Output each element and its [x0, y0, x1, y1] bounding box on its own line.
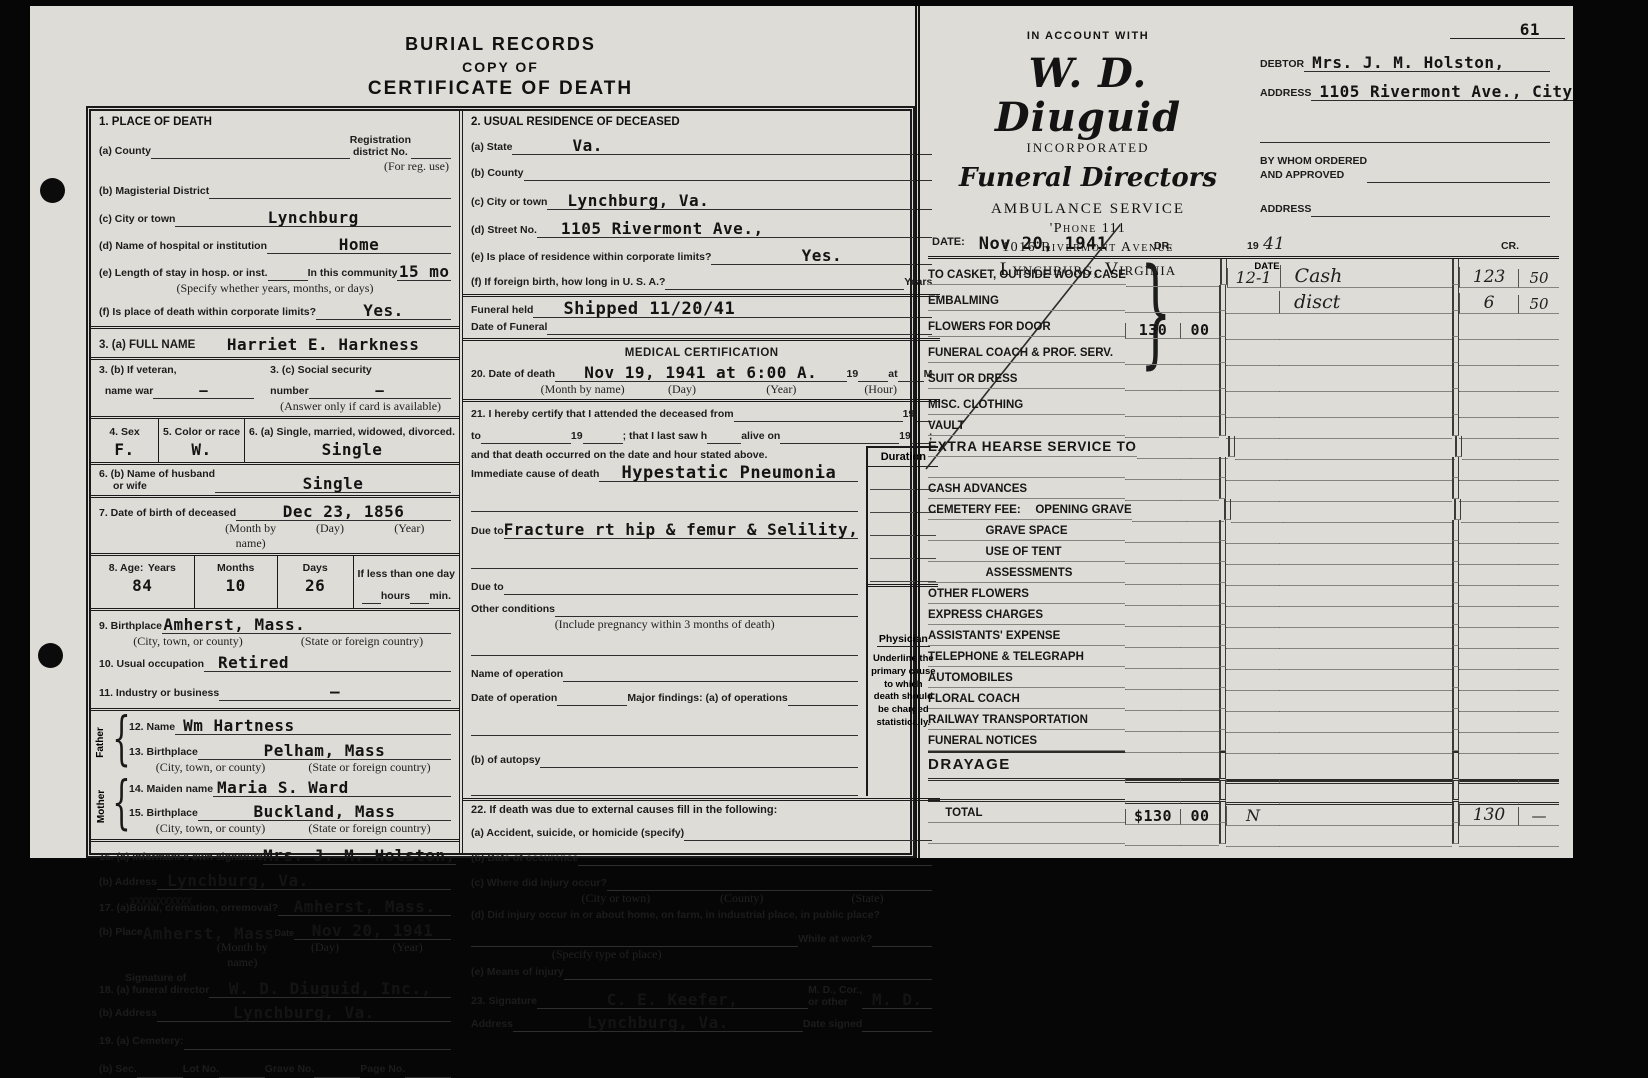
ledger-date-label: DATE:	[932, 236, 965, 251]
min-label: min.	[429, 590, 451, 604]
occupation-label: 10. Usual occupation	[99, 658, 204, 672]
father-side-label: Father{	[91, 713, 121, 775]
color-race-label: 5. Color or race	[163, 426, 240, 439]
ledger-date-cell	[1226, 846, 1279, 847]
ledger-item-label: ASSESSMENTS	[928, 562, 1125, 583]
corporate-limits-label: (f) Is place of death within corporate l…	[99, 306, 316, 320]
res-state-value: Va.	[572, 136, 602, 155]
res-city-label: (c) City or town	[471, 196, 547, 210]
certificate-left-column: 1. PLACE OF DEATH (a) County Registratio…	[91, 111, 463, 853]
due-to-1-label: Due to	[471, 525, 504, 539]
ledger-row: FLORAL COACH	[928, 688, 1559, 709]
informant-value: Mrs. J. M. Holston,	[263, 846, 456, 865]
corporate-limits-value: Yes.	[363, 301, 404, 320]
age-months-label: Months	[217, 562, 254, 575]
father-birthplace-label: 13. Birthplace	[129, 746, 198, 760]
ledger-item-label: SUIT OR DRESS	[928, 363, 1125, 389]
ledger-item-label: TOTAL	[928, 802, 1125, 823]
accident-label: (a) Accident, suicide, or homicide (spec…	[471, 827, 684, 841]
immediate-cause-value: Hypestatic Pneumonia	[622, 463, 837, 483]
ssn-number-label: number	[270, 385, 309, 399]
ledger-item-label	[928, 823, 1125, 844]
cr-column-label: CR.	[1501, 240, 1519, 253]
ledger-row: DRAYAGE	[928, 751, 1559, 781]
foreign-birth-label: (f) If foreign birth, how long in U. S. …	[471, 276, 665, 290]
dod-at: at	[888, 368, 897, 382]
sex-label: 4. Sex	[109, 426, 139, 439]
certify-lastsaw: ; that I last saw h	[623, 430, 708, 444]
funeral-held-label: Funeral held	[471, 304, 533, 318]
section1-title: 1. PLACE OF DEATH	[99, 116, 451, 128]
birthplace-label: 9. Birthplace	[99, 620, 162, 634]
ledger-item-label	[928, 781, 1125, 802]
ledger-row	[928, 781, 1559, 802]
mother-cap1: (City, town, or county)	[131, 821, 290, 836]
page-number: 61	[1520, 20, 1540, 39]
ledger-row: FLOWERS FOR DOOR 130 00	[928, 311, 1559, 337]
res-corporate-value: Yes.	[802, 246, 843, 265]
informant-label: 16. (a) Informant's own signature	[99, 851, 263, 865]
color-race-value: W.	[191, 440, 211, 459]
date-of-death-label: 20. Date of death	[471, 368, 555, 382]
debtor-value: Mrs. J. M. Holston,	[1312, 53, 1505, 72]
mother-maiden-label: 14. Maiden name	[129, 783, 213, 797]
incorporated: INCORPORATED	[938, 140, 1238, 156]
ledger-dr-cents	[1180, 845, 1219, 846]
ledger-item-label: RAILWAY TRANSPORTATION	[928, 709, 1125, 730]
ledger-item-label: USE OF TENT	[928, 541, 1125, 562]
ledger-item-label	[928, 457, 1125, 478]
husband-wife-value: Single	[303, 474, 364, 493]
certify-aliveon: alive on	[741, 430, 780, 444]
age-years-label: Years	[148, 562, 176, 575]
ledger-item-label: CASH ADVANCES	[928, 478, 1125, 499]
ledger-item-label: EXTRA HEARSE SERVICE TO	[928, 436, 1137, 457]
debtor-address-label: ADDRESS	[1260, 87, 1311, 101]
ledger-row: GRAVE SPACE	[928, 520, 1559, 541]
death-occurred-line: and that death occurred on the date and …	[471, 449, 767, 463]
funeral-held-value: Shipped 11/20/41	[563, 299, 735, 319]
city-town-value: Lynchburg	[268, 208, 359, 227]
in-account-with: IN ACCOUNT WITH	[938, 30, 1238, 42]
ledger-table: DATE:Nov 20, 1941 DR. 19 41 CR. DATE } T…	[928, 234, 1559, 844]
section2-title: 2. USUAL RESIDENCE OF DECEASED	[471, 116, 932, 128]
ledger-row: TO CASKET, OUTSIDE WOOD CASE 12-1 Cash 1…	[928, 259, 1559, 285]
punch-hole-bottom	[38, 643, 63, 668]
less-than-day-label: If less than one day	[358, 568, 455, 581]
name-war-label: name war	[105, 385, 153, 399]
age-days-label: Days	[303, 562, 328, 575]
ledger-row: ASSISTANTS' EXPENSE	[928, 625, 1559, 646]
ledger-item-label: OTHER FLOWERS	[928, 583, 1125, 604]
res-state-label: (a) State	[471, 141, 512, 155]
medical-certification-title: MEDICAL CERTIFICATION	[625, 347, 779, 360]
dob-cap-month: (Month by name)	[211, 521, 290, 551]
order-address-label: ADDRESS	[1260, 203, 1311, 217]
certificate-form: 1. PLACE OF DEATH (a) County Registratio…	[86, 106, 915, 858]
city-town-label: (c) City or town	[99, 213, 175, 227]
ledger-item-label: TO CASKET, OUTSIDE WOOD CASE	[928, 259, 1126, 285]
father-birthplace-value: Pelham, Mass	[264, 741, 386, 760]
ledger-item-label: FLORAL COACH	[928, 688, 1125, 709]
certificate-of-death-subtitle: CERTIFICATE OF DEATH	[86, 78, 915, 100]
burial-records-title: BURIAL RECORDS	[86, 34, 915, 55]
date-of-death-value: Nov 19, 1941 at 6:00 A.	[584, 363, 817, 382]
marital-label: 6. (a) Single, married, widowed, divorce…	[249, 426, 455, 439]
firm-type: Funeral Directors	[938, 164, 1238, 193]
father-name-value: Wm Hartness	[183, 716, 294, 735]
occupation-value: Retired	[218, 653, 289, 672]
ledger-row: AUTOMOBILES	[928, 667, 1559, 688]
dob-cap-year: (Year)	[370, 521, 449, 551]
ambulance-service: AMBULANCE SERVICE	[938, 201, 1238, 218]
autopsy-label: (b) of autopsy	[471, 754, 540, 768]
operation-name-label: Name of operation	[471, 668, 563, 682]
county-label: (a) County	[99, 145, 151, 159]
ledger-row: EXTRA HEARSE SERVICE TO	[928, 436, 1559, 457]
ledger-row: USE OF TENT	[928, 541, 1559, 562]
ledger-item-label: DRAYAGE	[928, 751, 1125, 781]
ledger-row: ASSESSMENTS	[928, 562, 1559, 583]
ledger-item-label: FUNERAL COACH & PROF. SERV.	[928, 337, 1125, 363]
full-name-value: Harriet E. Harkness	[227, 335, 420, 354]
ledger-row: FUNERAL COACH & PROF. SERV.	[928, 337, 1559, 363]
death-certificate-card: BURIAL RECORDS COPY OF CERTIFICATE OF DE…	[86, 14, 915, 854]
other-conditions-label: Other conditions	[471, 603, 555, 617]
ledger-rows: DATE } TO CASKET, OUTSIDE WOOD CASE 12-1…	[928, 259, 1559, 844]
ledger-row	[928, 823, 1559, 844]
funeral-account-card: IN ACCOUNT WITH W. D. Diuguid INCORPORAT…	[915, 6, 1565, 858]
year-handwritten: 41	[1263, 234, 1285, 254]
certificate-right-column: 2. USUAL RESIDENCE OF DECEASED (a) State…	[463, 111, 940, 853]
specify-note: (Specify whether years, months, or days)	[101, 281, 449, 296]
for-reg-note: (For reg. use)	[384, 159, 449, 174]
ledger-item-label: MISC. CLOTHING	[928, 389, 1125, 415]
industry-value: —	[330, 682, 340, 701]
section22-title: 22. If death was due to external causes …	[471, 804, 777, 819]
mother-side-label: Mother{	[91, 777, 121, 836]
mother-birthplace-label: 15. Birthplace	[129, 807, 198, 821]
ledger-row: TELEPHONE & TELEGRAPH	[928, 646, 1559, 667]
dod-cap-year: (Year)	[732, 382, 831, 397]
pregnancy-note: (Include pregnancy within 3 months of de…	[473, 617, 856, 632]
veteran-value: —	[199, 383, 208, 399]
mother-maiden-value: Maria S. Ward	[217, 778, 349, 797]
operation-date-label: Date of operation	[471, 692, 557, 706]
father-cap1: (City, town, or county)	[131, 760, 290, 775]
res-corporate-label: (e) Is place of residence within corpora…	[471, 251, 711, 265]
age-label: 8. Age:	[109, 562, 144, 575]
ledger-item-label: GRAVE SPACE	[928, 520, 1125, 541]
scanned-document-paper: BURIAL RECORDS COPY OF CERTIFICATE OF DE…	[30, 6, 1573, 858]
ssn-note: (Answer only if card is available)	[272, 399, 449, 414]
stay-label: (e) Length of stay in hosp. or inst.	[99, 267, 268, 281]
age-days-value: 26	[305, 576, 325, 595]
full-name-label: 3. (a) FULL NAME	[99, 338, 195, 353]
dod-19: 19	[847, 368, 859, 382]
due-to-2-label: Due to	[471, 581, 504, 595]
certify-19c: 19	[899, 430, 911, 444]
ledger-item-label: TELEPHONE & TELEGRAPH	[928, 646, 1125, 667]
age-months-value: 10	[226, 576, 246, 595]
res-county-label: (b) County	[471, 167, 524, 181]
certify-19b: 19	[571, 430, 583, 444]
res-city-value: Lynchburg, Va.	[567, 191, 709, 210]
hospital-value: Home	[339, 235, 380, 254]
copy-of-subtitle: COPY OF	[86, 59, 915, 75]
certify-to: to	[471, 430, 481, 444]
occurence-date-label: (b) Date of occurence	[471, 852, 578, 866]
magisterial-label: (b) Magisterial District	[99, 185, 209, 199]
ledger-row: SUIT OR DRESS	[928, 363, 1559, 389]
debtor-address-value: 1105 Rivermont Ave., City	[1319, 82, 1572, 101]
ledger-item-label: FUNERAL NOTICES	[928, 730, 1125, 751]
community-value: 15 mo	[399, 262, 450, 281]
father-name-label: 12. Name	[129, 721, 175, 735]
marital-value: Single	[322, 440, 383, 459]
informant-address-value: Lynchburg, Va.	[167, 871, 309, 875]
mother-birthplace-value: Buckland, Mass	[254, 802, 396, 821]
debtor-label: DEBTOR	[1260, 58, 1304, 72]
ledger-item-label: FLOWERS FOR DOOR	[928, 311, 1125, 337]
date-of-funeral-label: Date of Funeral	[471, 321, 547, 335]
firm-name: W. D. Diuguid	[938, 52, 1238, 140]
ledger-cr-cents	[1518, 846, 1559, 847]
ssn-value: —	[375, 383, 384, 399]
certify-19a: 19	[903, 408, 915, 422]
ledger-item-label: CEMETERY FEE: OPENING GRAVE	[928, 499, 1132, 520]
hours-label: hours	[381, 590, 410, 604]
ledger-item-label: VAULT	[928, 415, 1125, 436]
ledger-row: CEMETERY FEE: OPENING GRAVE	[928, 499, 1559, 520]
ledger-row: TOTAL $130 00 N 130 —	[928, 802, 1559, 823]
veteran-label: 3. (b) If veteran,	[99, 364, 177, 378]
ssn-label: 3. (c) Social security	[270, 364, 372, 378]
ledger-note-cell	[1279, 846, 1452, 847]
due-to-1-value: Fracture rt hip & femur & Selility,	[504, 520, 859, 539]
dob-cap-day: (Day)	[290, 521, 369, 551]
birthplace-value: Amherst, Mass.	[163, 615, 305, 634]
ledger-row: FUNERAL NOTICES	[928, 730, 1559, 751]
sex-value: F.	[114, 440, 134, 459]
year-printed: 19	[1247, 240, 1259, 253]
registration-label: Registrationdistrict No.	[350, 134, 411, 159]
husband-wife-label: 6. (b) Name of husbandor wife	[99, 468, 215, 493]
ledger-row: MISC. CLOTHING	[928, 389, 1559, 415]
ledger-dr-dollars	[1125, 845, 1180, 846]
hospital-label: (d) Name of hospital or institution	[99, 240, 267, 254]
by-whom-ordered-label: BY WHOM ORDEREDAND APPROVED	[1260, 155, 1367, 183]
immediate-cause-label: Immediate cause of death	[471, 468, 599, 482]
dod-cap-month: (Month by name)	[533, 382, 632, 397]
ledger-row: EXPRESS CHARGES	[928, 604, 1559, 625]
certificate-header: BURIAL RECORDS COPY OF CERTIFICATE OF DE…	[86, 14, 915, 100]
father-cap2: (State or foreign country)	[290, 760, 449, 775]
ledger-date-value: Nov 20, 1941	[979, 236, 1108, 253]
ledger-cr-dollars	[1459, 846, 1518, 847]
ledger-item-label: ASSISTANTS' EXPENSE	[928, 625, 1125, 646]
dob-value: Dec 23, 1856	[283, 502, 405, 521]
ledger-header-row: DATE:Nov 20, 1941 DR. 19 41 CR.	[928, 234, 1559, 259]
birthplace-cap2: (State or foreign country)	[275, 634, 449, 649]
res-street-value: 1105 Rivermont Ave.,	[561, 219, 764, 238]
birthplace-cap1: (City, town, or county)	[101, 634, 275, 649]
community-label: In this community	[308, 267, 398, 281]
ledger-row: VAULT	[928, 415, 1559, 436]
ledger-item-label: EMBALMING	[928, 285, 1125, 311]
dob-label: 7. Date of birth of deceased	[99, 507, 236, 521]
industry-label: 11. Industry or business	[99, 687, 219, 701]
dod-cap-day: (Day)	[632, 382, 731, 397]
ledger-row	[928, 457, 1559, 478]
res-street-label: (d) Street No.	[471, 224, 537, 238]
ledger-item-label: EXPRESS CHARGES	[928, 604, 1125, 625]
certify-line1: 21. I hereby certify that I attended the…	[471, 408, 734, 422]
ledger-row: CASH ADVANCES	[928, 478, 1559, 499]
ledger-row: RAILWAY TRANSPORTATION	[928, 709, 1559, 730]
mother-cap2: (State or foreign country)	[290, 821, 449, 836]
major-findings-label: Major findings: (a) of operations	[627, 692, 787, 706]
ledger-row: EMBALMING disct 6 50	[928, 285, 1559, 311]
ledger-row: OTHER FLOWERS	[928, 583, 1559, 604]
age-years-value: 84	[132, 576, 152, 595]
debtor-block: 61 DEBTOR Mrs. J. M. Holston, ADDRESS 11…	[1260, 20, 1550, 217]
ledger-item-label: AUTOMOBILES	[928, 667, 1125, 688]
punch-hole-top	[40, 178, 65, 203]
